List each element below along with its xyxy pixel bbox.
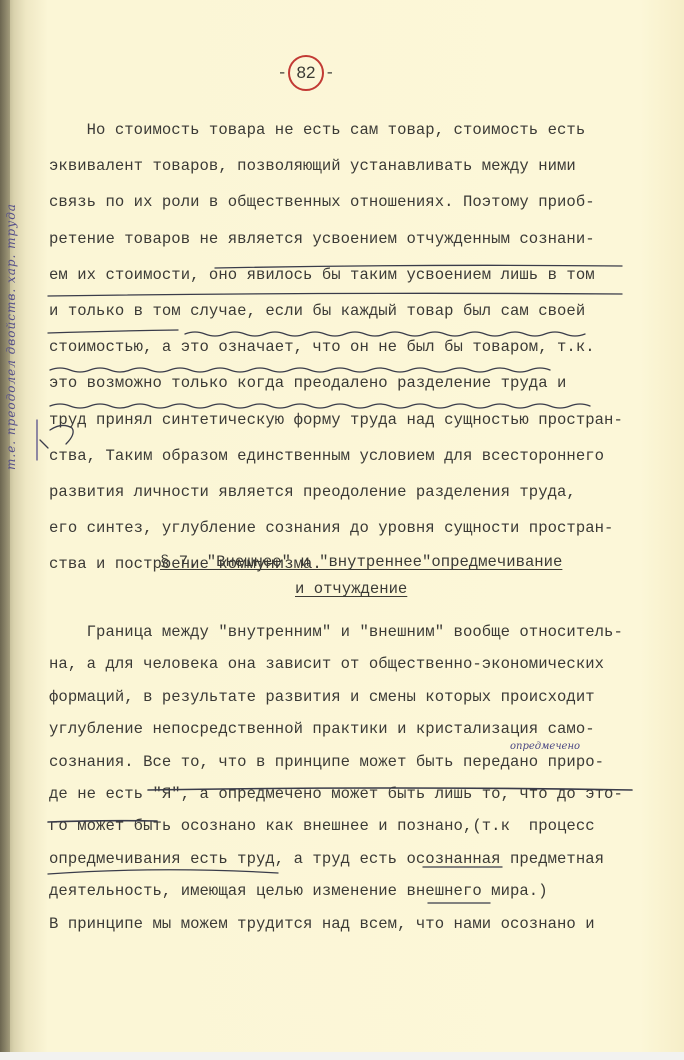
pen-underlines (0, 0, 684, 1060)
scan-bottom-edge (0, 1052, 684, 1060)
document-page: - 82 - т.е. преодолел двойств. хар. труд… (0, 0, 684, 1060)
